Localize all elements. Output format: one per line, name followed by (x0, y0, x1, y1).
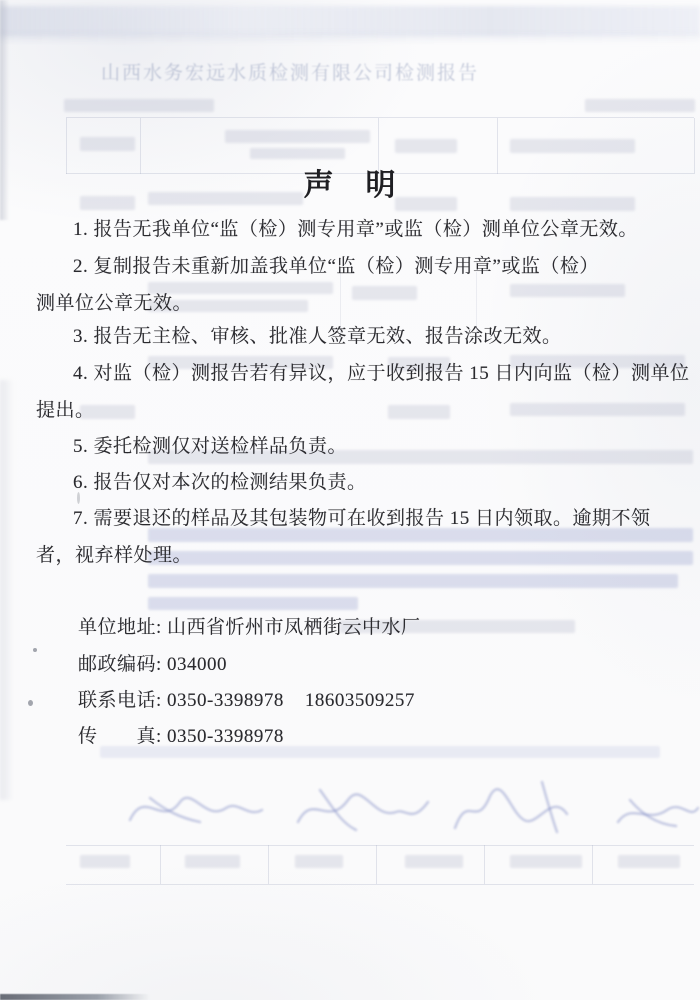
statement-item-4: 4. 对监（检）测报告若有异议，应于收到报告 15 日内向监（检）测单位 提出。 (36, 355, 698, 429)
statement-item-7: 7. 需要退还的样品及其包装物可在收到报告 15 日内领取。逾期不领 者，视弃样… (36, 500, 698, 574)
statement-item-6: 6. 报告仅对本次的检测结果负责。 (36, 464, 698, 501)
bleedthrough-smudge (295, 855, 343, 868)
bleedthrough-smudge (64, 99, 214, 112)
scan-speck (33, 648, 37, 652)
scan-edge-strip (0, 994, 150, 1000)
contact-fax: 传 真: 0350-3398978 (78, 724, 284, 750)
statement-item-3: 3. 报告无主检、审核、批准人签章无效、报告涂改无效。 (36, 318, 698, 355)
contact-address: 单位地址: 山西省忻州市凤栖街云中水厂 (78, 615, 421, 641)
bleedthrough-signatures (110, 770, 700, 855)
contact-postcode: 邮政编码: 034000 (78, 652, 227, 678)
bleedthrough-smudge (185, 855, 240, 868)
scan-shadow-band (0, 32, 700, 42)
bleedthrough-smudge (395, 139, 457, 153)
bleedthrough-smudge (510, 855, 582, 868)
scanned-document-page: 山西水务宏远水质检测有限公司检测报告 (0, 0, 700, 1000)
bleedthrough-smudge (618, 855, 680, 868)
bleedthrough-smudge (80, 855, 130, 868)
bleedthrough-smudge (225, 130, 370, 143)
bleedthrough-smudge (585, 99, 695, 112)
contact-phone: 联系电话: 0350-3398978 18603509257 (78, 688, 415, 714)
bleedthrough-smudge (148, 574, 678, 588)
scan-speck (28, 700, 33, 706)
bleedthrough-smudge (510, 139, 635, 153)
bleedthrough-grid-line (66, 117, 694, 118)
bleedthrough-smudge (250, 148, 345, 159)
bleedthrough-grid-line (66, 884, 694, 885)
scan-edge-shadow (0, 380, 14, 800)
bleedthrough-smudge (80, 137, 135, 151)
bleedthrough-smudge (405, 855, 463, 868)
statement-item-5: 5. 委托检测仅对送检样品负责。 (36, 428, 698, 465)
bleedthrough-report-title: 山西水务宏远水质检测有限公司检测报告 (0, 58, 580, 85)
statement-item-2: 2. 复制报告未重新加盖我单位“监（检）测专用章”或监（检） 测单位公章无效。 (36, 248, 698, 322)
statement-item-1: 1. 报告无我单位“监（检）测专用章”或监（检）测单位公章无效。 (36, 211, 698, 248)
bleedthrough-smudge (148, 597, 358, 610)
statement-title: 声 明 (0, 160, 700, 204)
